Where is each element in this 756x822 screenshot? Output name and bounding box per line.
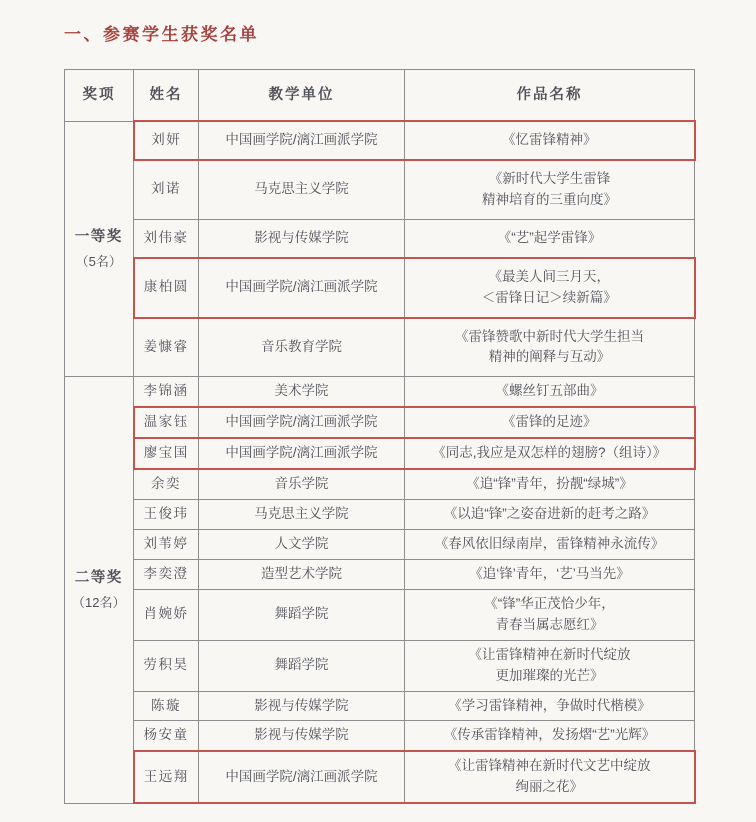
student-name-cell: 余奕 — [134, 469, 199, 499]
work-title-cell: 《追“锋”青年，扮靓“绿城”》 — [405, 469, 695, 499]
teaching-unit-cell: 中国画学院/漓江画派学院 — [199, 407, 405, 438]
work-title-line: 更加璀璨的光芒》 — [408, 666, 691, 687]
student-name-cell: 肖婉娇 — [134, 589, 199, 640]
teaching-unit-cell: 中国画学院/漓江画派学院 — [199, 258, 405, 318]
work-title-cell: 《最美人间三月天，＜雷锋日记＞续新篇》 — [405, 258, 695, 318]
table-row-highlighted: 廖宝国中国画学院/漓江画派学院《同志,我应是双怎样的翅膀?（组诗）》 — [65, 438, 695, 469]
work-title-line: 《最美人间三月天， — [408, 267, 691, 288]
teaching-unit-cell: 影视与传媒学院 — [199, 219, 405, 257]
teaching-unit-cell: 马克思主义学院 — [199, 500, 405, 530]
work-title-line: 《春风依旧绿南岸，雷锋精神永流传》 — [408, 534, 691, 555]
teaching-unit-cell: 人文学院 — [199, 529, 405, 559]
work-title-cell: 《“艺”起学雷锋》 — [405, 219, 695, 257]
work-title-line: 青春当属志愿红》 — [408, 615, 691, 636]
teaching-unit-cell: 舞蹈学院 — [199, 640, 405, 691]
column-header-award: 奖项 — [65, 70, 134, 122]
work-title-line: 《新时代大学生雷锋 — [408, 169, 691, 190]
work-title-cell: 《“锋”华正茂恰少年，青春当属志愿红》 — [405, 589, 695, 640]
work-title-line: 精神的阐释与互动》 — [408, 347, 691, 368]
work-title-line: 《追“锋”青年，扮靓“绿城”》 — [408, 474, 691, 495]
student-name-cell: 康柏圆 — [134, 258, 199, 318]
award-group-name: 二等奖 — [68, 567, 130, 589]
work-title-line: 《雷锋的足迹》 — [408, 412, 691, 433]
table-row-highlighted: 康柏圆中国画学院/漓江画派学院《最美人间三月天，＜雷锋日记＞续新篇》 — [65, 258, 695, 318]
column-header-name: 姓名 — [134, 70, 199, 122]
work-title-cell: 《让雷锋精神在新时代文艺中绽放绚丽之花》 — [405, 751, 695, 803]
work-title-line: 《同志,我应是双怎样的翅膀?（组诗）》 — [408, 443, 691, 464]
work-title-cell: 《同志,我应是双怎样的翅膀?（组诗）》 — [405, 438, 695, 469]
document-body: 一、参赛学生获奖名单 奖项 姓名 教学单位 作品名称 一等奖（5名）刘妍中国画学… — [0, 0, 756, 804]
awards-table: 奖项 姓名 教学单位 作品名称 一等奖（5名）刘妍中国画学院/漓江画派学院《忆雷… — [64, 69, 696, 804]
teaching-unit-cell: 音乐教育学院 — [199, 318, 405, 377]
table-row: 劳积昊舞蹈学院《让雷锋精神在新时代绽放更加璀璨的光芒》 — [65, 640, 695, 691]
teaching-unit-cell: 舞蹈学院 — [199, 589, 405, 640]
table-row: 杨安童影视与传媒学院《传承雷锋精神，发扬熠“艺”光辉》 — [65, 721, 695, 751]
table-row: 陈璇影视与传媒学院《学习雷锋精神，争做时代楷模》 — [65, 691, 695, 721]
work-title-cell: 《学习雷锋精神，争做时代楷模》 — [405, 691, 695, 721]
work-title-line: 《让雷锋精神在新时代文艺中绽放 — [408, 756, 691, 777]
student-name-cell: 廖宝国 — [134, 438, 199, 469]
teaching-unit-cell: 马克思主义学院 — [199, 160, 405, 219]
work-title-line: 《忆雷锋精神》 — [408, 130, 691, 151]
award-group-cell: 一等奖（5名） — [65, 121, 134, 377]
column-header-unit: 教学单位 — [199, 70, 405, 122]
work-title-line: 《让雷锋精神在新时代绽放 — [408, 645, 691, 666]
teaching-unit-cell: 中国画学院/漓江画派学院 — [199, 751, 405, 803]
work-title-cell: 《春风依旧绿南岸，雷锋精神永流传》 — [405, 529, 695, 559]
work-title-line: 精神培育的三重向度》 — [408, 190, 691, 211]
award-group-name: 一等奖 — [68, 226, 130, 248]
work-title-cell: 《以追“锋”之姿奋进新的赶考之路》 — [405, 500, 695, 530]
work-title-cell: 《雷锋赞歌中新时代大学生担当精神的阐释与互动》 — [405, 318, 695, 377]
student-name-cell: 王远翔 — [134, 751, 199, 803]
table-row-highlighted: 王远翔中国画学院/漓江画派学院《让雷锋精神在新时代文艺中绽放绚丽之花》 — [65, 751, 695, 803]
work-title-line: 《雷锋赞歌中新时代大学生担当 — [408, 327, 691, 348]
student-name-cell: 劳积昊 — [134, 640, 199, 691]
table-row: 刘苇婷人文学院《春风依旧绿南岸，雷锋精神永流传》 — [65, 529, 695, 559]
work-title-cell: 《螺丝钉五部曲》 — [405, 377, 695, 407]
award-group-count: （5名） — [68, 252, 130, 272]
student-name-cell: 刘诺 — [134, 160, 199, 219]
table-row: 肖婉娇舞蹈学院《“锋”华正茂恰少年，青春当属志愿红》 — [65, 589, 695, 640]
teaching-unit-cell: 音乐学院 — [199, 469, 405, 499]
table-row: 余奕音乐学院《追“锋”青年，扮靓“绿城”》 — [65, 469, 695, 499]
student-name-cell: 温家钰 — [134, 407, 199, 438]
award-group-cell: 二等奖（12名） — [65, 377, 134, 803]
table-header-row: 奖项 姓名 教学单位 作品名称 — [65, 70, 695, 122]
work-title-cell: 《新时代大学生雷锋精神培育的三重向度》 — [405, 160, 695, 219]
teaching-unit-cell: 美术学院 — [199, 377, 405, 407]
table-row: 二等奖（12名）李锦涵美术学院《螺丝钉五部曲》 — [65, 377, 695, 407]
student-name-cell: 姜慷睿 — [134, 318, 199, 377]
teaching-unit-cell: 中国画学院/漓江画派学院 — [199, 438, 405, 469]
awards-table-body: 一等奖（5名）刘妍中国画学院/漓江画派学院《忆雷锋精神》刘诺马克思主义学院《新时… — [65, 121, 695, 803]
student-name-cell: 王俊玮 — [134, 500, 199, 530]
work-title-line: 《学习雷锋精神，争做时代楷模》 — [408, 696, 691, 717]
work-title-line: 绚丽之花》 — [408, 777, 691, 798]
table-row: 王俊玮马克思主义学院《以追“锋”之姿奋进新的赶考之路》 — [65, 500, 695, 530]
work-title-cell: 《追‘锋’青年，‘艺’马当先》 — [405, 559, 695, 589]
student-name-cell: 刘苇婷 — [134, 529, 199, 559]
teaching-unit-cell: 造型艺术学院 — [199, 559, 405, 589]
work-title-line: 《“锋”华正茂恰少年， — [408, 594, 691, 615]
student-name-cell: 刘妍 — [134, 121, 199, 160]
page-title: 一、参赛学生获奖名单 — [64, 20, 756, 45]
work-title-cell: 《雷锋的足迹》 — [405, 407, 695, 438]
work-title-line: 《传承雷锋精神，发扬熠“艺”光辉》 — [408, 725, 691, 746]
teaching-unit-cell: 影视与传媒学院 — [199, 691, 405, 721]
student-name-cell: 李奕澄 — [134, 559, 199, 589]
work-title-cell: 《传承雷锋精神，发扬熠“艺”光辉》 — [405, 721, 695, 751]
student-name-cell: 刘伟豪 — [134, 219, 199, 257]
table-row: 李奕澄造型艺术学院《追‘锋’青年，‘艺’马当先》 — [65, 559, 695, 589]
teaching-unit-cell: 中国画学院/漓江画派学院 — [199, 121, 405, 160]
work-title-line: 《追‘锋’青年，‘艺’马当先》 — [408, 564, 691, 585]
work-title-cell: 《忆雷锋精神》 — [405, 121, 695, 160]
award-group-count: （12名） — [68, 593, 130, 613]
table-row: 刘伟豪影视与传媒学院《“艺”起学雷锋》 — [65, 219, 695, 257]
student-name-cell: 杨安童 — [134, 721, 199, 751]
work-title-line: 《以追“锋”之姿奋进新的赶考之路》 — [408, 504, 691, 525]
work-title-line: 《螺丝钉五部曲》 — [408, 381, 691, 402]
work-title-line: 《“艺”起学雷锋》 — [408, 228, 691, 249]
teaching-unit-cell: 影视与传媒学院 — [199, 721, 405, 751]
student-name-cell: 陈璇 — [134, 691, 199, 721]
student-name-cell: 李锦涵 — [134, 377, 199, 407]
column-header-work: 作品名称 — [405, 70, 695, 122]
table-row: 刘诺马克思主义学院《新时代大学生雷锋精神培育的三重向度》 — [65, 160, 695, 219]
table-row: 姜慷睿音乐教育学院《雷锋赞歌中新时代大学生担当精神的阐释与互动》 — [65, 318, 695, 377]
table-row-highlighted: 一等奖（5名）刘妍中国画学院/漓江画派学院《忆雷锋精神》 — [65, 121, 695, 160]
table-row-highlighted: 温家钰中国画学院/漓江画派学院《雷锋的足迹》 — [65, 407, 695, 438]
work-title-cell: 《让雷锋精神在新时代绽放更加璀璨的光芒》 — [405, 640, 695, 691]
work-title-line: ＜雷锋日记＞续新篇》 — [408, 288, 691, 309]
document-page: 一、参赛学生获奖名单 奖项 姓名 教学单位 作品名称 一等奖（5名）刘妍中国画学… — [0, 0, 756, 822]
